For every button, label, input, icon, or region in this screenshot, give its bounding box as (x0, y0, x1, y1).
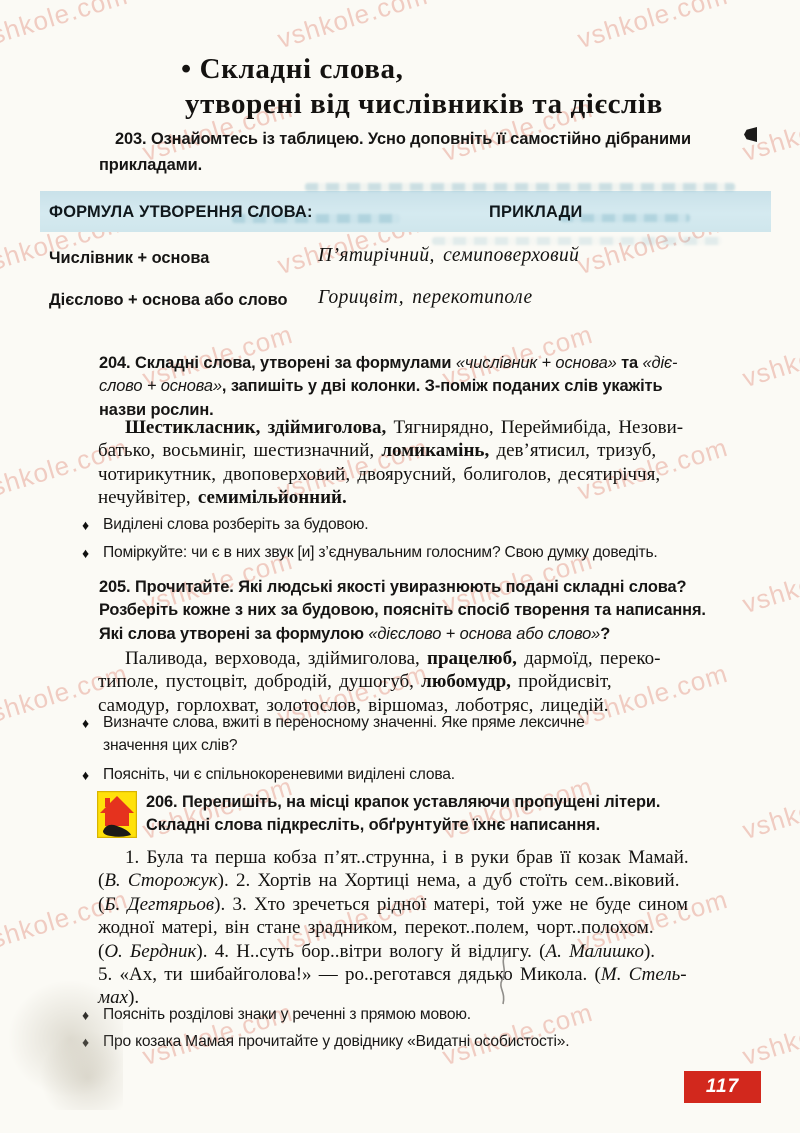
print-bleed-artifact (305, 183, 735, 191)
textbook-page: { "watermark": { "text": "vshkole.com" }… (0, 0, 800, 1133)
exercise-206-instruction: 206. Перепишіть, на місці крапок уставля… (146, 791, 766, 838)
bullet-diamond-icon: ♦ (82, 763, 103, 787)
bullet-diamond-icon: ♦ (82, 513, 103, 537)
table-row-examples: П’ятирічний, семиповерховий (318, 245, 579, 267)
table-row-examples: Горицвіт, перекотиполе (318, 287, 533, 309)
task-bullet: ♦ Виділені слова розберіть за будовою. (82, 513, 772, 537)
table-header-examples: ПРИКЛАДИ (489, 203, 583, 222)
exercise-203-instruction: 203. Ознайомтесь із таблицею. Усно допов… (99, 126, 759, 178)
pencil-mark (497, 952, 511, 1006)
section-title-line2: утворені від числівників та дієслів (185, 88, 663, 120)
bullet-diamond-icon: ♦ (82, 711, 103, 735)
task-bullet: ♦ Поясніть, чи є спільнокореневими виділ… (82, 763, 772, 787)
task-bullet: ♦ Визначте слова, вжиті в переносному зн… (82, 711, 772, 757)
exercise-204-word-list: Шестикласник, здіймиголова, Тягнирядно, … (98, 416, 763, 510)
table-header-formula: ФОРМУЛА УТВОРЕННЯ СЛОВА: (49, 203, 313, 222)
task-bullet: ♦ Поміркуйте: чи є в них звук [и] з’єдну… (82, 541, 782, 565)
house-task-icon (97, 791, 137, 838)
page-number-badge: 117 (684, 1071, 761, 1103)
bullet-diamond-icon: ♦ (82, 541, 103, 565)
exercise-204-instruction: 204. Складні слова, утворені за формулам… (99, 352, 764, 422)
page-content: • Складні слова,утворені від числівників… (0, 0, 800, 1133)
section-title: • Складні слова,утворені від числівників… (181, 52, 663, 122)
scan-smudge (5, 980, 123, 1110)
exercise-205-word-list: Паливода, верховода, здіймиголова, праце… (98, 647, 763, 717)
print-bleed-artifact (432, 237, 722, 245)
table-row-formula: Дієслово + основа або слово (49, 291, 288, 310)
task-bullet: ♦ Поясніть розділові знаки у реченні з п… (82, 1003, 772, 1027)
exercise-206-sentences: 1. Була та перша кобза п’ят..струнна, і … (98, 846, 763, 1010)
table-row-formula: Числівник + основа (49, 249, 209, 268)
exercise-205-instruction: 205. Прочитайте. Які людські якості увир… (99, 576, 764, 646)
task-bullet: ♦ Про козака Мамая прочитайте у довідник… (82, 1030, 782, 1054)
section-title-line1: • Складні слова, (181, 53, 403, 85)
